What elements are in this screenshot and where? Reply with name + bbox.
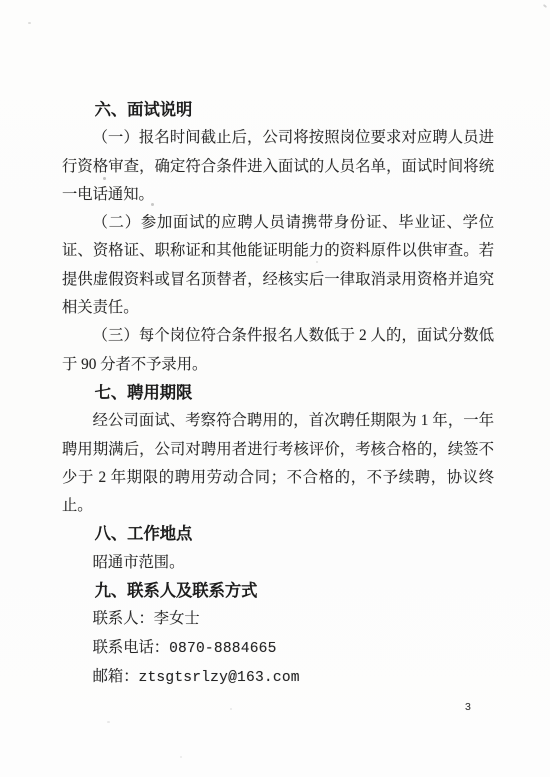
page-number: 3 [465, 701, 471, 713]
paragraph-interview-3: （三）每个岗位符合条件报名人数低于 2 人的，面试分数低于 90 分者不予录用。 [62, 322, 494, 379]
contact-email-line: 邮箱：ztsgtsrlzy@163.com [62, 663, 494, 692]
scan-speck [151, 203, 154, 206]
section-heading-contact: 九、联系人及联系方式 [62, 577, 494, 605]
contact-person-value: 李女士 [154, 610, 200, 627]
section-heading-employment-term: 七、聘用期限 [62, 379, 494, 407]
document-body: 六、面试说明 （一）报名时间截止后，公司将按照岗位要求对应聘人员进行资格审查，确… [62, 96, 494, 692]
paragraph-interview-1: （一）报名时间截止后，公司将按照岗位要求对应聘人员进行资格审查，确定符合条件进入… [62, 124, 494, 209]
paragraph-interview-2: （二）参加面试的应聘人员请携带身份证、毕业证、学位证、资格证、职称证和其他能证明… [62, 209, 494, 322]
section-heading-work-location: 八、工作地点 [62, 520, 494, 548]
contact-person-line: 联系人：李女士 [62, 605, 494, 633]
contact-phone-label: 联系电话： [93, 639, 170, 656]
scan-speck [28, 22, 31, 24]
contact-person-label: 联系人： [93, 610, 154, 627]
scan-speck [316, 261, 318, 263]
contact-phone-line: 联系电话：0870-8884665 [62, 634, 494, 663]
scan-speck [230, 708, 232, 710]
paragraph-employment-term: 经公司面试、考察符合聘用的，首次聘任期限为 1 年，一年聘用期满后，公司对聘用者… [62, 407, 494, 520]
scan-speck [543, 4, 547, 8]
contact-email-label: 邮箱： [93, 668, 139, 685]
scan-speck [103, 177, 106, 180]
contact-phone-value: 0870-8884665 [169, 641, 277, 657]
scanned-document-page: 六、面试说明 （一）报名时间截止后，公司将按照岗位要求对应聘人员进行资格审查，确… [0, 0, 550, 777]
scan-speck [107, 721, 110, 723]
section-heading-interview-notes: 六、面试说明 [62, 96, 494, 124]
paragraph-work-location: 昭通市范围。 [62, 549, 494, 577]
scan-speck [180, 756, 182, 758]
contact-email-value: ztsgtsrlzy@163.com [139, 670, 300, 686]
